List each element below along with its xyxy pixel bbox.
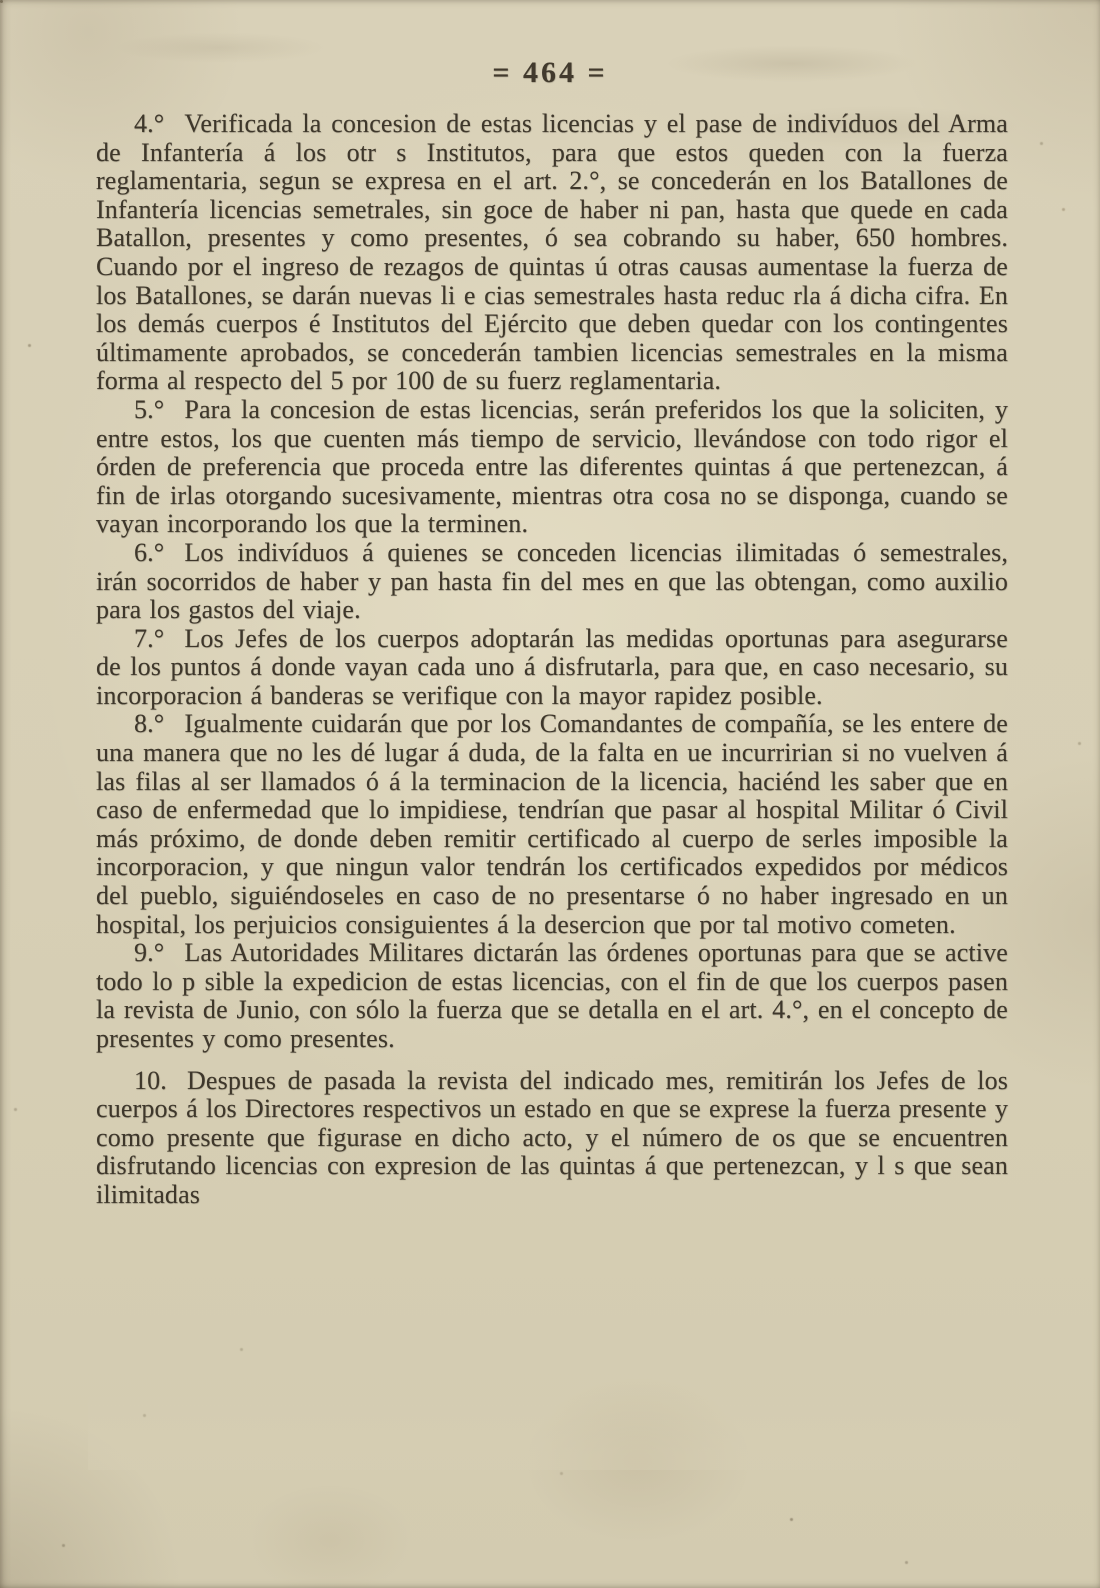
paragraph-article-9: 9.°Las Autoridades Militares dictarán la… — [96, 939, 1008, 1053]
page-number: = 464 = — [0, 56, 1100, 90]
paragraph-article-8: 8.°Igualmente cuidarán que por los Coman… — [96, 710, 1008, 939]
paragraph-text: Las Autoridades Militares dictarán las ó… — [96, 938, 1008, 1053]
scanned-page: = 464 = 4.°Verificada la concesion de es… — [0, 0, 1100, 1588]
paragraph-number: 9.° — [134, 938, 164, 967]
paragraph-number: 10. — [134, 1066, 167, 1095]
paragraph-article-10: 10.Despues de pasada la revista del indi… — [96, 1067, 1008, 1210]
paragraph-article-7: 7.°Los Jefes de los cuerpos adoptarán la… — [96, 625, 1008, 711]
paragraph-number: 5.° — [134, 395, 164, 424]
ink-fade-area — [88, 1390, 1020, 1470]
paragraph-number: 8.° — [134, 709, 164, 738]
paragraph-text: Igualmente cuidarán que por los Comandan… — [96, 709, 1008, 938]
document-body: 4.°Verificada la concesion de estas lice… — [96, 110, 1008, 1210]
paragraph-article-4: 4.°Verificada la concesion de estas lice… — [96, 110, 1008, 396]
paragraph-text: Verificada la concesion de estas licenci… — [96, 109, 1008, 395]
paragraph-text: Despues de pasada la revista del indicad… — [96, 1066, 1008, 1209]
paragraph-article-6: 6.°Los indivíduos á quienes se conceden … — [96, 539, 1008, 625]
paragraph-text: Para la concesion de estas licencias, se… — [96, 395, 1008, 538]
paragraph-number: 6.° — [134, 538, 164, 567]
paragraph-number: 7.° — [134, 624, 164, 653]
paragraph-text: Los indivíduos á quienes se conceden lic… — [96, 538, 1008, 624]
paragraph-text: Los Jefes de los cuerpos adoptarán las m… — [96, 624, 1008, 710]
paragraph-number: 4.° — [134, 109, 164, 138]
paragraph-article-5: 5.°Para la concesion de estas licencias,… — [96, 396, 1008, 539]
